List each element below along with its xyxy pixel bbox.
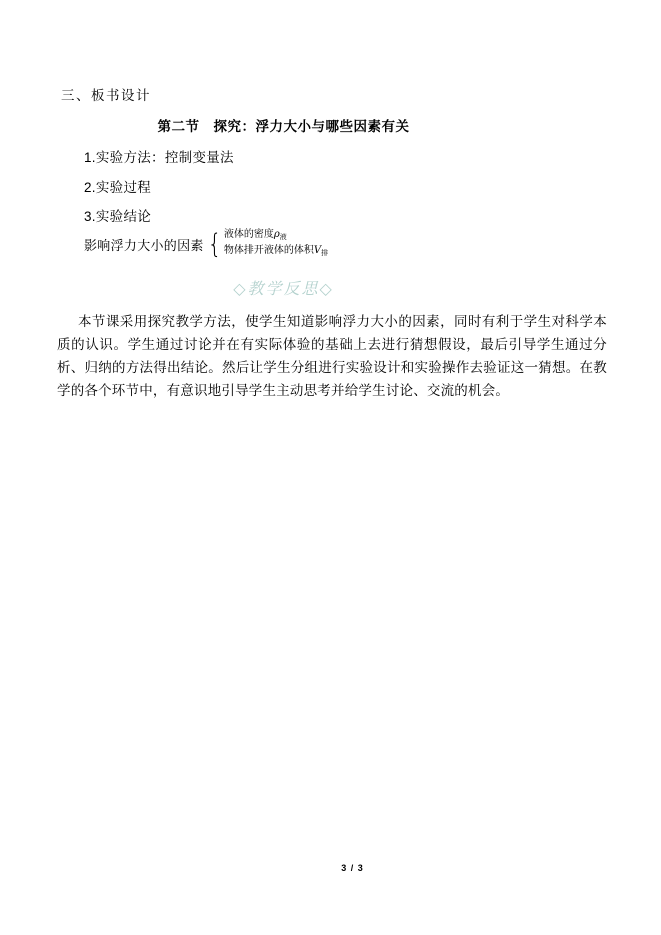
list-item-experiment-process: 2.实验过程	[84, 176, 151, 196]
volume-subscript: 排	[321, 250, 328, 257]
reflection-heading-row: ◇教学反思◇	[0, 276, 614, 299]
rho-subscript: 液	[280, 234, 287, 241]
document-page: { "page": { "section_heading": "三、板书设计",…	[0, 0, 661, 935]
factor-displaced-volume: 物体排开液体的体积V排	[224, 244, 328, 260]
board-title-row: 第二节 探究：浮力大小与哪些因素有关	[0, 115, 614, 136]
lesson-title: 第二节 探究：浮力大小与哪些因素有关	[158, 119, 410, 134]
section-heading: 三、板书设计	[61, 84, 151, 104]
factor-lines: 液体的密度ρ液 物体排开液体的体积V排	[224, 228, 328, 260]
buoyancy-factors-group: 影响浮力大小的因素 { 液体的密度ρ液 物体排开液体的体积V排	[84, 228, 328, 260]
reflection-paragraph: 本节课采用探究教学方法，使学生知道影响浮力大小的因素，同时有利于学生对科学本质的…	[57, 310, 607, 402]
page-number: 3 / 3	[341, 863, 364, 873]
list-item-experiment-method: 1.实验方法：控制变量法	[84, 146, 234, 166]
list-item-experiment-conclusion: 3.实验结论	[84, 205, 151, 225]
page-footer: 3 / 3	[0, 858, 661, 876]
left-brace: {	[207, 231, 221, 258]
factor-liquid-density: 液体的密度ρ液	[224, 228, 328, 244]
factors-label: 影响浮力大小的因素	[84, 235, 204, 254]
teaching-reflection-heading: ◇教学反思◇	[233, 279, 334, 298]
